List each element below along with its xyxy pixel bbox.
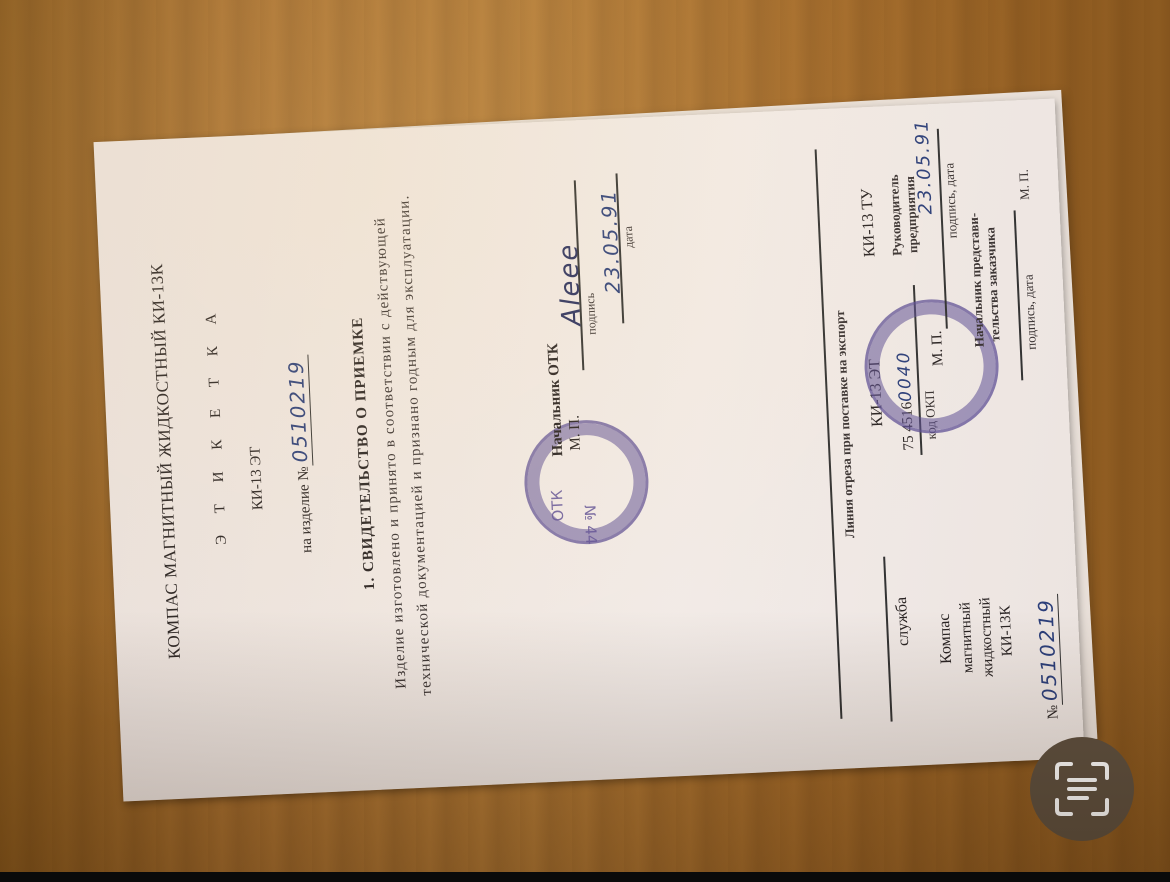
service-line-top <box>883 557 892 722</box>
stub-number-handwritten: 0510219 <box>1033 593 1063 705</box>
bottom-bar <box>0 872 1170 882</box>
serial-handwritten: 0510219 <box>283 355 313 467</box>
product-name-3: жидкостный <box>977 597 998 677</box>
stamp-number-text: № 44 <box>581 505 601 545</box>
document-sheet: КОМПАС МАГНИТНЫЙ ЖИДКОСТНЫЙ КИ-13К Э Т И… <box>94 99 1085 802</box>
stamp-center-text: ОТК <box>548 489 567 521</box>
product-name-1: Компас <box>936 613 956 664</box>
service-label: служба <box>893 597 913 647</box>
stub-number-prefix: № <box>1045 705 1062 720</box>
otk-mp-label: М. П. <box>566 415 585 451</box>
director-sig-label: подпись, дата <box>941 163 960 239</box>
section-heading: 1. СВИДЕТЕЛЬСТВО О ПРИЕМКЕ <box>350 316 379 590</box>
label-heading: Э Т И К Е Т К А <box>203 304 231 545</box>
serial-line: на изделие №0510219 <box>283 355 316 554</box>
customer-mp: М. П. <box>1016 169 1033 200</box>
stub-model-right: КИ-13 ТУ <box>858 188 879 257</box>
document-title: КОМПАС МАГНИТНЫЙ ЖИДКОСТНЫЙ КИ-13К <box>147 263 185 659</box>
serial-prefix: на изделие № <box>295 466 315 553</box>
product-name-4: КИ-13К <box>997 605 1016 657</box>
model-code: КИ-13 ЭТ <box>248 446 268 510</box>
director-date-handwritten: 23.05.91 <box>911 118 936 215</box>
signature-label: подпись <box>583 293 600 335</box>
product-name-2: магнитный <box>957 602 977 674</box>
stub-number: №0510219 <box>1033 594 1063 720</box>
live-text-scan-icon <box>1053 760 1111 818</box>
customer-sig-label: подпись, дата <box>1020 274 1039 350</box>
director-mp: М. П. <box>929 330 948 366</box>
otk-signature: Aleee <box>554 242 588 326</box>
photo-viewer-image: КОМПАС МАГНИТНЫЙ ЖИДКОСТНЫЙ КИ-13К Э Т И… <box>0 0 1170 872</box>
cut-line-label: Линия отреза при поставке на экспорт <box>832 310 858 538</box>
date-label: дата <box>621 226 637 249</box>
live-text-button[interactable] <box>1030 737 1134 841</box>
